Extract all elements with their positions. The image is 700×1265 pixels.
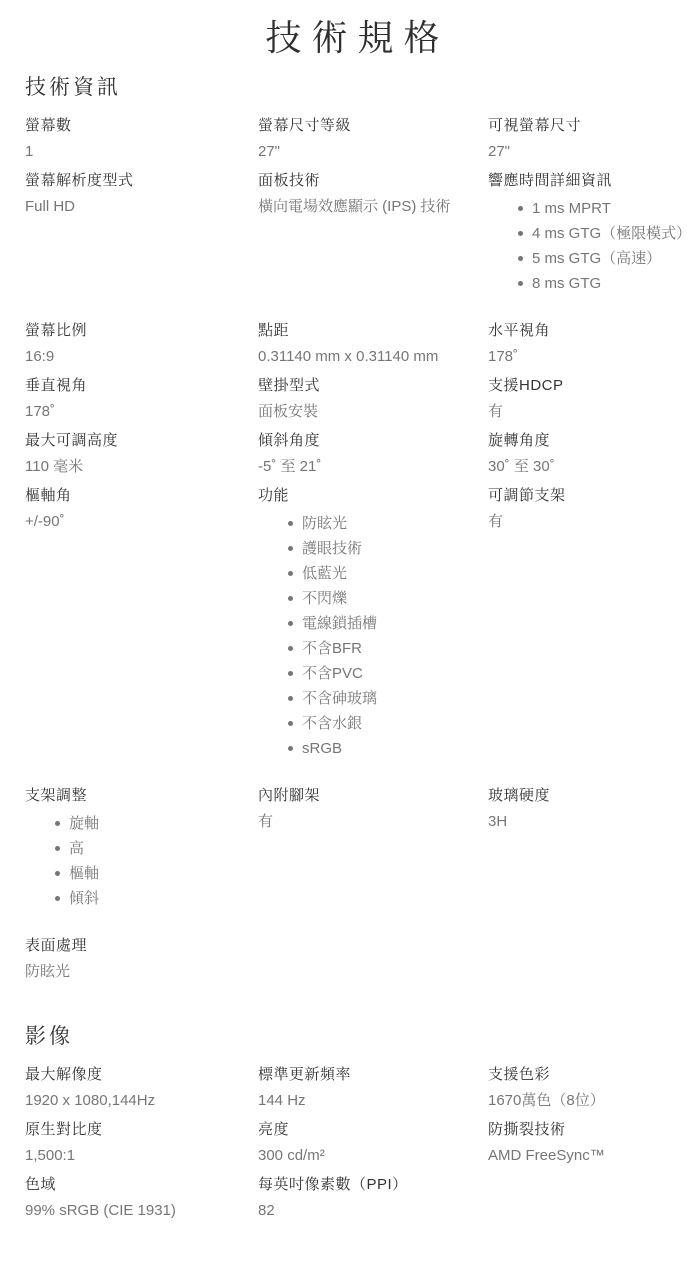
spec-value: AMD FreeSync™ bbox=[488, 1145, 686, 1166]
spec-list-item: 不含砷玻璃 bbox=[287, 686, 474, 711]
spec-list-item: 高 bbox=[54, 836, 244, 861]
spec-label: 色域 bbox=[25, 1174, 244, 1195]
spec-list-item: 低藍光 bbox=[287, 561, 474, 586]
spec-label: 點距 bbox=[258, 320, 474, 341]
section-heading-image: 影像 bbox=[25, 1020, 700, 1050]
spec-label: 每英吋像素數（PPI） bbox=[258, 1174, 474, 1195]
spec-value: 110 毫米 bbox=[25, 456, 244, 477]
spec-label: 樞軸角 bbox=[25, 485, 244, 506]
spec-value: 99% sRGB (CIE 1931) bbox=[25, 1200, 244, 1221]
spec-list-item: 傾斜 bbox=[54, 886, 244, 911]
spec-list-item: 護眼技術 bbox=[287, 536, 474, 561]
spec-label: 螢幕解析度型式 bbox=[25, 170, 244, 191]
spec-label: 標準更新頻率 bbox=[258, 1064, 474, 1085]
spec-value-list: 1 ms MPRT 4 ms GTG（極限模式） 5 ms GTG（高速） 8 … bbox=[488, 196, 686, 296]
spec-item-swivel-angle: 旋轉角度 30˚ 至 30˚ bbox=[488, 430, 700, 477]
spec-value-list: 防眩光 護眼技術 低藍光 不閃爍 電線鎖插槽 不含BFR 不含PVC 不含砷玻璃… bbox=[258, 511, 474, 761]
spec-label: 壁掛型式 bbox=[258, 375, 474, 396]
spec-label: 水平視角 bbox=[488, 320, 686, 341]
section-tech-info: 技術資訊 螢幕數 1 螢幕尺寸等級 27" 可視螢幕尺寸 27" 螢幕解析度型式… bbox=[25, 71, 700, 990]
spec-value: 3H bbox=[488, 811, 686, 832]
spec-value: 有 bbox=[488, 401, 686, 422]
spec-item-max-resolution: 最大解像度 1920 x 1080,144Hz bbox=[25, 1064, 258, 1111]
spec-item-v-viewing-angle: 垂直視角 178˚ bbox=[25, 375, 258, 422]
spec-value: 1,500:1 bbox=[25, 1145, 244, 1166]
spec-item-surface-treatment: 表面處理 防眩光 bbox=[25, 935, 258, 982]
spec-item-response-time: 響應時間詳細資訊 1 ms MPRT 4 ms GTG（極限模式） 5 ms G… bbox=[488, 170, 700, 312]
spec-label: 內附腳架 bbox=[258, 785, 474, 806]
spec-value: 面板安裝 bbox=[258, 401, 474, 422]
spec-item-color-support: 支援色彩 1670萬色（8位） bbox=[488, 1064, 700, 1111]
spec-item-tilt-angle: 傾斜角度 -5˚ 至 21˚ bbox=[258, 430, 488, 477]
spec-item-wall-mount: 壁掛型式 面板安裝 bbox=[258, 375, 488, 422]
spec-item-ppi: 每英吋像素數（PPI） 82 bbox=[258, 1174, 488, 1221]
spec-item-features: 功能 防眩光 護眼技術 低藍光 不閃爍 電線鎖插槽 不含BFR 不含PVC 不含… bbox=[258, 485, 488, 777]
spec-value: 30˚ 至 30˚ bbox=[488, 456, 686, 477]
spec-label: 螢幕比例 bbox=[25, 320, 244, 341]
spec-grid-tech: 螢幕數 1 螢幕尺寸等級 27" 可視螢幕尺寸 27" 螢幕解析度型式 Full… bbox=[25, 115, 700, 990]
spec-label: 原生對比度 bbox=[25, 1119, 244, 1140]
spec-grid-image: 最大解像度 1920 x 1080,144Hz 標準更新頻率 144 Hz 支援… bbox=[25, 1064, 700, 1229]
spec-list-item: 4 ms GTG（極限模式） bbox=[517, 221, 686, 246]
spec-value: -5˚ 至 21˚ bbox=[258, 456, 474, 477]
spec-item-pixel-pitch: 點距 0.31140 mm x 0.31140 mm bbox=[258, 320, 488, 367]
spec-value: 橫向電場效應顯示 (IPS) 技術 bbox=[258, 196, 474, 217]
spec-value: 有 bbox=[488, 511, 686, 532]
spec-item-h-viewing-angle: 水平視角 178˚ bbox=[488, 320, 700, 367]
spec-item-max-height-adj: 最大可調高度 110 毫米 bbox=[25, 430, 258, 477]
spec-value: 144 Hz bbox=[258, 1090, 474, 1111]
spec-label: 最大可調高度 bbox=[25, 430, 244, 451]
spec-item-refresh-rate: 標準更新頻率 144 Hz bbox=[258, 1064, 488, 1111]
spec-label: 可視螢幕尺寸 bbox=[488, 115, 686, 136]
spec-list-item: 不含PVC bbox=[287, 661, 474, 686]
spec-value: 16:9 bbox=[25, 346, 244, 367]
spec-value: 82 bbox=[258, 1200, 474, 1221]
page-title: 技術規格 bbox=[15, 10, 700, 61]
spec-label: 螢幕尺寸等級 bbox=[258, 115, 474, 136]
spec-item-aspect-ratio: 螢幕比例 16:9 bbox=[25, 320, 258, 367]
spec-value: 27" bbox=[258, 141, 474, 162]
spec-label: 螢幕數 bbox=[25, 115, 244, 136]
spec-value: +/-90˚ bbox=[25, 511, 244, 532]
spec-item-native-contrast: 原生對比度 1,500:1 bbox=[25, 1119, 258, 1166]
spec-value: 27" bbox=[488, 141, 686, 162]
spec-item-stand-adjustment: 支架調整 旋軸 高 樞軸 傾斜 bbox=[25, 785, 258, 927]
spec-label: 玻璃硬度 bbox=[488, 785, 686, 806]
spec-list-item: sRGB bbox=[287, 736, 474, 761]
spec-list-item: 不含BFR bbox=[287, 636, 474, 661]
spec-label: 表面處理 bbox=[25, 935, 244, 956]
spec-label: 支架調整 bbox=[25, 785, 244, 806]
spec-list-item: 不閃爍 bbox=[287, 586, 474, 611]
spec-list-item: 5 ms GTG（高速） bbox=[517, 246, 686, 271]
spec-label: 最大解像度 bbox=[25, 1064, 244, 1085]
spec-value: 防眩光 bbox=[25, 961, 244, 982]
spec-label: 面板技術 bbox=[258, 170, 474, 191]
spec-item-visible-size: 可視螢幕尺寸 27" bbox=[488, 115, 700, 162]
spec-value: 1670萬色（8位） bbox=[488, 1090, 686, 1111]
spec-label: 防撕裂技術 bbox=[488, 1119, 686, 1140]
spec-value: 有 bbox=[258, 811, 474, 832]
spec-item-hdcp: 支援HDCP 有 bbox=[488, 375, 700, 422]
spec-label: 響應時間詳細資訊 bbox=[488, 170, 686, 191]
spec-item-anti-tearing: 防撕裂技術 AMD FreeSync™ bbox=[488, 1119, 700, 1166]
spec-label: 垂直視角 bbox=[25, 375, 244, 396]
spec-item-panel-tech: 面板技術 橫向電場效應顯示 (IPS) 技術 bbox=[258, 170, 488, 217]
spec-item-brightness: 亮度 300 cd/m² bbox=[258, 1119, 488, 1166]
spec-item-stand-included: 內附腳架 有 bbox=[258, 785, 488, 832]
spec-label: 支援HDCP bbox=[488, 375, 686, 396]
spec-item-adjustable-stand: 可調節支架 有 bbox=[488, 485, 700, 532]
spec-value: 1 bbox=[25, 141, 244, 162]
spec-list-item: 1 ms MPRT bbox=[517, 196, 686, 221]
spec-item-glass-hardness: 玻璃硬度 3H bbox=[488, 785, 700, 832]
spec-item-size-class: 螢幕尺寸等級 27" bbox=[258, 115, 488, 162]
spec-list-item: 防眩光 bbox=[287, 511, 474, 536]
spec-list-item: 不含水銀 bbox=[287, 711, 474, 736]
spec-label: 亮度 bbox=[258, 1119, 474, 1140]
spec-label: 可調節支架 bbox=[488, 485, 686, 506]
spec-item-pivot-angle: 樞軸角 +/-90˚ bbox=[25, 485, 258, 532]
spec-item-color-gamut: 色域 99% sRGB (CIE 1931) bbox=[25, 1174, 258, 1221]
spec-value: 178˚ bbox=[25, 401, 244, 422]
spec-value-list: 旋軸 高 樞軸 傾斜 bbox=[25, 811, 244, 911]
spec-list-item: 8 ms GTG bbox=[517, 271, 686, 296]
spec-value: 1920 x 1080,144Hz bbox=[25, 1090, 244, 1111]
spec-label: 支援色彩 bbox=[488, 1064, 686, 1085]
spec-item-resolution-type: 螢幕解析度型式 Full HD bbox=[25, 170, 258, 217]
spec-label: 旋轉角度 bbox=[488, 430, 686, 451]
spec-value: 178˚ bbox=[488, 346, 686, 367]
spec-value: 0.31140 mm x 0.31140 mm bbox=[258, 346, 474, 367]
spec-value: Full HD bbox=[25, 196, 244, 217]
spec-item-screen-count: 螢幕數 1 bbox=[25, 115, 258, 162]
spec-list-item: 樞軸 bbox=[54, 861, 244, 886]
spec-value: 300 cd/m² bbox=[258, 1145, 474, 1166]
spec-label: 功能 bbox=[258, 485, 474, 506]
spec-list-item: 電線鎖插槽 bbox=[287, 611, 474, 636]
section-image: 影像 最大解像度 1920 x 1080,144Hz 標準更新頻率 144 Hz… bbox=[25, 1020, 700, 1229]
spec-page: 技術規格 技術資訊 螢幕數 1 螢幕尺寸等級 27" 可視螢幕尺寸 27" 螢幕… bbox=[0, 0, 700, 1265]
section-heading-tech: 技術資訊 bbox=[25, 71, 700, 101]
spec-label: 傾斜角度 bbox=[258, 430, 474, 451]
spec-list-item: 旋軸 bbox=[54, 811, 244, 836]
